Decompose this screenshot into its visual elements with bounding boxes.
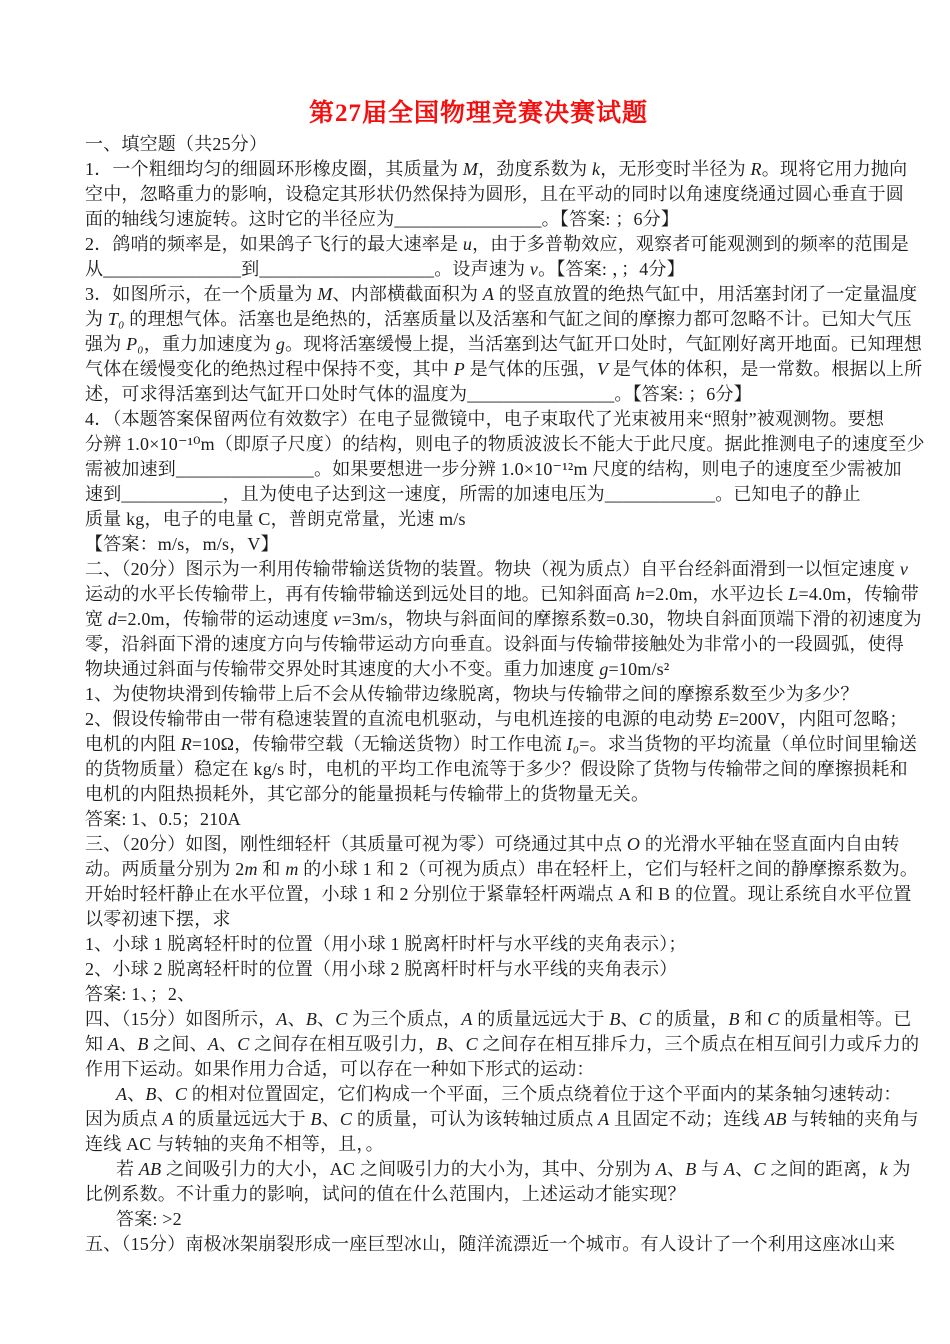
text-segment: 4．（本题答案保留两位有效数字）在电子显微镜中，电子束取代了光束被用来“照射”被… xyxy=(85,409,884,429)
text-segment: 。已知电子的静止 xyxy=(715,484,861,504)
variable-text: C xyxy=(340,1109,352,1129)
text-line: 2、假设传输带由一带有稳速装置的直流电机驱动，与电机连接的电源的电动势 E=20… xyxy=(85,707,872,732)
variable-text: k xyxy=(592,159,600,179)
text-segment: 、 xyxy=(322,1109,340,1129)
text-line: 动。两质量分别为 2m 和 m 的小球 1 和 2（可视为质点）串在轻杆上，它们… xyxy=(85,857,872,882)
text-segment: =3m/s，物块与斜面间的摩擦系数=0.30，物块自斜面顶端下滑的初速度为 xyxy=(341,609,921,629)
variable-text: A xyxy=(108,1034,119,1054)
text-segment: 五、（15分）南极冰架崩裂形成一座巨型冰山，随洋流漂近一个城市。有人设计了一个利… xyxy=(85,1234,895,1254)
variable-text: M xyxy=(317,284,332,304)
text-segment: 的质量，可认为该转轴过质点 xyxy=(352,1109,598,1129)
text-line: 质量 kg，电子的电量 C，普朗克常量，光速 m/s xyxy=(85,507,872,532)
text-segment: 电机的内阻 xyxy=(85,734,181,754)
variable-text: R xyxy=(181,734,192,754)
text-segment: =10Ω，传输带空载（无输送货物）时工作电流 xyxy=(192,734,567,754)
text-line: 连线 AC 与转轴的夹角不相等，且，。 xyxy=(85,1132,872,1157)
text-line: 答案: 1、；2、 xyxy=(85,982,872,1007)
text-line: 电机的内阻 R=10Ω，传输带空载（无输送货物）时工作电流 I₀=。求当货物的平… xyxy=(85,732,872,757)
text-segment: 之间存在相互吸引力， xyxy=(249,1034,436,1054)
text-segment: =4.0m，传输带 xyxy=(798,584,918,604)
variable-text: B xyxy=(728,1009,739,1029)
document-page: 第27届全国物理竞赛决赛试题 一、填空题（共25分）1．一个粗细均匀的细圆环形橡… xyxy=(0,0,950,1344)
variable-text: m xyxy=(285,859,298,879)
text-segment: 、 xyxy=(119,1034,137,1054)
text-segment: 的理想气体。活塞也是绝热的，活塞质量以及活塞和气缸之间的摩擦力都可忽略不计。已知… xyxy=(125,309,912,329)
text-segment: 的小球 1 和 2（可视为质点）串在轻杆上，它们与轻杆之间的静摩擦系数为。 xyxy=(299,859,919,879)
text-segment: 为 xyxy=(85,309,108,329)
variable-text: B xyxy=(609,1009,620,1029)
text-segment: _______________ xyxy=(176,459,314,479)
text-line: 1、为使物块滑到传输带上后不会从传输带边缘脱离，物块与传输带之间的摩擦系数至少为… xyxy=(85,682,872,707)
variable-text: g xyxy=(599,659,608,679)
text-segment: _______________ xyxy=(103,259,241,279)
text-line: 为 T₀ 的理想气体。活塞也是绝热的，活塞质量以及活塞和气缸之间的摩擦力都可忽略… xyxy=(85,307,872,332)
text-segment: ，由于多普勒效应，观察者可能观测到的频率的范围是 xyxy=(472,234,909,254)
text-line: 2、小球 2 脱离轻杆时的位置（用小球 2 脱离杆时杆与水平线的夹角表示） xyxy=(85,957,872,982)
text-segment: 是气体的压强， xyxy=(465,359,597,379)
variable-text: B xyxy=(685,1159,696,1179)
text-line: 零，沿斜面下滑的速度方向与传输带运动方向垂直。设斜面与传输带接触处为非常小的一段… xyxy=(85,632,872,657)
text-segment: 气体在缓慢变化的绝热过程中保持不变，其中 xyxy=(85,359,454,379)
text-segment: 之间的距离， xyxy=(766,1159,880,1179)
text-segment: ________________ xyxy=(394,209,541,229)
text-line: 答案: >2 xyxy=(85,1207,872,1232)
text-line: 的货物质量）稳定在 kg/s 时，电机的平均工作电流等于多少？假设除了货物与传输… xyxy=(85,757,872,782)
text-segment: 以零初速下摆，求 xyxy=(85,909,231,929)
text-segment: 、 xyxy=(317,1009,335,1029)
text-line: 宽 d=2.0m，传输带的运动速度 v=3m/s，物块与斜面间的摩擦系数=0.3… xyxy=(85,607,872,632)
text-line: 电机的内阻热损耗外，其它部分的能量损耗与传输带上的货物量无关。 xyxy=(85,782,872,807)
text-line: 4．（本题答案保留两位有效数字）在电子显微镜中，电子束取代了光束被用来“照射”被… xyxy=(85,407,872,432)
text-segment: 三、（20分）如图，刚性细轻杆（其质量可视为零）可绕通过其中点 xyxy=(85,834,627,854)
text-segment: 且固定不动；连线 xyxy=(609,1109,764,1129)
text-segment: 、 xyxy=(127,1084,145,1104)
variable-text: A xyxy=(656,1159,667,1179)
text-segment: 动。两质量分别为 2 xyxy=(85,859,245,879)
variable-text: h xyxy=(636,584,645,604)
text-segment: 宽 xyxy=(85,609,108,629)
text-segment: 【答案：m/s，m/s，V】 xyxy=(85,534,279,554)
text-segment: 、内部横截面积为 xyxy=(333,284,483,304)
text-segment: 的货物质量）稳定在 kg/s 时，电机的平均工作电流等于多少？假设除了货物与传输… xyxy=(85,759,908,779)
text-segment: ___________ xyxy=(121,484,222,504)
text-segment: ____________ xyxy=(605,484,715,504)
text-segment: 一、填空题（共25分） xyxy=(85,134,267,154)
text-segment: 的质量相等。已 xyxy=(780,1009,912,1029)
text-segment: 开始时轻杆静止在水平位置，小球 1 和 2 分别位于紧靠轻杆两端点 A 和 B … xyxy=(85,884,912,904)
text-segment: =200V，内阻可忽略； xyxy=(729,709,908,729)
text-segment: 2、小球 2 脱离轻杆时的位置（用小球 2 脱离杆时杆与水平线的夹角表示） xyxy=(85,959,677,979)
text-segment: 电机的内阻热损耗外，其它部分的能量损耗与传输带上的货物量无关。 xyxy=(85,784,649,804)
variable-text: C xyxy=(335,1009,347,1029)
variable-text: E xyxy=(718,709,729,729)
variable-text: v xyxy=(900,559,908,579)
variable-text: B xyxy=(145,1084,156,1104)
text-segment: 的竖直放置的绝热气缸中，用活塞封闭了一定量温度 xyxy=(494,284,917,304)
text-line: 三、（20分）如图，刚性细轻杆（其质量可视为零）可绕通过其中点 O 的光滑水平轴… xyxy=(85,832,872,857)
variable-text: C xyxy=(753,1159,765,1179)
text-segment: 。【答案: ；6分】 xyxy=(614,384,752,404)
text-segment: 、 xyxy=(667,1159,685,1179)
variable-text: AB xyxy=(764,1109,786,1129)
variable-text: B xyxy=(436,1034,447,1054)
text-segment: 。如果要想进一步分辨 1.0×10⁻¹²m 尺度的结构，则电子的速度至少需被加 xyxy=(314,459,902,479)
text-line: 需被加速到_______________。如果要想进一步分辨 1.0×10⁻¹²… xyxy=(85,457,872,482)
text-segment: 答案: >2 xyxy=(116,1209,182,1229)
text-segment: 与 xyxy=(696,1159,724,1179)
variable-text: A xyxy=(483,284,494,304)
variable-text: C xyxy=(466,1034,478,1054)
variable-text: C xyxy=(767,1009,779,1029)
text-segment: 、 xyxy=(447,1034,465,1054)
variable-text: A xyxy=(724,1159,735,1179)
text-segment: 分辨 1.0×10⁻¹⁰m（即原子尺度）的结构，则电子的物质波波长不能大于此尺度… xyxy=(85,434,925,454)
text-segment: 速到 xyxy=(85,484,121,504)
text-line: 物块通过斜面与传输带交界处时其速度的大小不变。重力加速度 g=10m/s² xyxy=(85,657,872,682)
text-segment: 连线 AC 与转轴的夹角不相等，且，。 xyxy=(85,1134,384,1154)
text-segment: 和 xyxy=(740,1009,768,1029)
variable-text: M xyxy=(463,159,478,179)
text-line: 3．如图所示，在一个质量为 M、内部横截面积为 A 的竖直放置的绝热气缸中，用活… xyxy=(85,282,872,307)
text-segment: 需被加速到 xyxy=(85,459,176,479)
text-segment: 2．鸽哨的频率是，如果鸽子飞行的最大速率是 xyxy=(85,234,463,254)
text-line: 比例系数。不计重力的影响，试问的值在什么范围内，上述运动才能实现？ xyxy=(85,1182,872,1207)
text-segment: 之间存在相互排斥力，三个质点在相互间引力或斥力的 xyxy=(478,1034,920,1054)
text-line: 因为质点 A 的质量远远大于 B、C 的质量，可认为该转轴过质点 A 且固定不动… xyxy=(85,1107,872,1132)
text-segment: ，且为使电子达到这一速度，所需的加速电压为 xyxy=(223,484,605,504)
text-segment: 3．如图所示，在一个质量为 xyxy=(85,284,317,304)
text-line: 运动的水平长传输带上，再有传输带输送到远处目的地。已知斜面高 h=2.0m，水平… xyxy=(85,582,872,607)
text-line: 速到___________，且为使电子达到这一速度，所需的加速电压为______… xyxy=(85,482,872,507)
text-segment: 。【答案: ，；4分】 xyxy=(538,259,685,279)
text-line: 气体在缓慢变化的绝热过程中保持不变，其中 P 是气体的压强，V 是气体的体积，是… xyxy=(85,357,872,382)
text-segment: 的质量远远大于 xyxy=(473,1009,610,1029)
text-line: 述，可求得活塞到达气缸开口处时气体的温度为________________。【答… xyxy=(85,382,872,407)
text-segment: 因为质点 xyxy=(85,1109,163,1129)
text-segment: 知 xyxy=(85,1034,108,1054)
text-segment: 述，可求得活塞到达气缸开口处时气体的温度为 xyxy=(85,384,467,404)
variable-text: B xyxy=(306,1009,317,1029)
text-line: 以零初速下摆，求 xyxy=(85,907,872,932)
text-segment: 答案: 1、0.5；210A xyxy=(85,809,241,829)
text-segment: 、 xyxy=(735,1159,753,1179)
text-segment: 若 xyxy=(116,1159,139,1179)
text-segment: =2.0m，传输带的运动速度 xyxy=(117,609,333,629)
text-segment: 答案: 1、；2、 xyxy=(85,984,195,1004)
text-segment: 四、（15分）如图所示， xyxy=(85,1009,276,1029)
variable-text: C xyxy=(237,1034,249,1054)
document-body: 一、填空题（共25分）1．一个粗细均匀的细圆环形橡皮圈，其质量为 M，劲度系数为… xyxy=(85,132,872,1257)
text-line: 分辨 1.0×10⁻¹⁰m（即原子尺度）的结构，则电子的物质波波长不能大于此尺度… xyxy=(85,432,872,457)
text-segment: 。【答案: ；6分】 xyxy=(542,209,680,229)
text-line: 1．一个粗细均匀的细圆环形橡皮圈，其质量为 M，劲度系数为 k，无形变时半径为 … xyxy=(85,157,872,182)
text-line: 【答案：m/s，m/s，V】 xyxy=(85,532,872,557)
variable-text: A xyxy=(461,1009,472,1029)
text-segment: 质量 kg，电子的电量 C，普朗克常量，光速 m/s xyxy=(85,509,466,529)
text-segment: 是气体的体积，是一常数。根据以上所 xyxy=(608,359,922,379)
text-segment: 的相对位置固定，它们构成一个平面，三个质点绕着位于这个平面内的某条轴匀速转动： xyxy=(187,1084,902,1104)
text-segment: 二、（20分）图示为一利用传输带输送货物的装置。物块（视为质点）自平台经斜面滑到… xyxy=(85,559,900,579)
text-segment: 物块通过斜面与传输带交界处时其速度的大小不变。重力加速度 xyxy=(85,659,599,679)
text-segment: ，无形变时半径为 xyxy=(600,159,750,179)
text-line: 答案: 1、0.5；210A xyxy=(85,807,872,832)
variable-text: A xyxy=(208,1034,219,1054)
text-segment: 为三个质点， xyxy=(347,1009,461,1029)
text-segment: 强为 xyxy=(85,334,126,354)
text-segment: 、 xyxy=(219,1034,237,1054)
text-segment: ，劲度系数为 xyxy=(478,159,592,179)
text-line: A、B、C 的相对位置固定，它们构成一个平面，三个质点绕着位于这个平面内的某条轴… xyxy=(85,1082,872,1107)
text-segment: ________________ xyxy=(467,384,614,404)
text-segment: 1．一个粗细均匀的细圆环形橡皮圈，其质量为 xyxy=(85,159,463,179)
variable-text: T₀ xyxy=(108,309,125,329)
text-line: 五、（15分）南极冰架崩裂形成一座巨型冰山，随洋流漂近一个城市。有人设计了一个利… xyxy=(85,1232,872,1257)
text-line: 若 AB 之间吸引力的大小，AC 之间吸引力的大小为，其中、分别为 A、B 与 … xyxy=(85,1157,872,1182)
variable-text: d xyxy=(108,609,117,629)
text-segment: =。求当货物的平均流量（单位时间里输送 xyxy=(579,734,917,754)
variable-text: v xyxy=(530,259,538,279)
text-segment: 、 xyxy=(621,1009,639,1029)
text-line: 从_______________到___________________。设声速… xyxy=(85,257,872,282)
variable-text: B xyxy=(137,1034,148,1054)
variable-text: P xyxy=(454,359,465,379)
variable-text: R xyxy=(751,159,762,179)
text-segment: 1、为使物块滑到传输带上后不会从传输带边缘脱离，物块与传输带之间的摩擦系数至少为… xyxy=(85,684,859,704)
text-segment: 从 xyxy=(85,259,103,279)
text-segment: 运动的水平长传输带上，再有传输带输送到远处目的地。已知斜面高 xyxy=(85,584,636,604)
variable-text: A xyxy=(116,1084,127,1104)
text-line: 面的轴线匀速旋转。这时它的半径应为________________。【答案: ；… xyxy=(85,207,872,232)
variable-text: C xyxy=(639,1009,651,1029)
variable-text: k xyxy=(880,1159,888,1179)
variable-text: V xyxy=(597,359,608,379)
text-segment: 和 xyxy=(258,859,286,879)
text-segment: 的质量远远大于 xyxy=(174,1109,311,1129)
text-segment: 的质量， xyxy=(651,1009,729,1029)
variable-text: A xyxy=(276,1009,287,1029)
text-segment: 。现将活塞缓慢上提，当活塞到达气缸开口处时，气缸刚好离开地面。已知理想 xyxy=(285,334,922,354)
text-segment: 、 xyxy=(288,1009,306,1029)
text-segment: 之间、 xyxy=(149,1034,208,1054)
text-segment: 。设声速为 xyxy=(434,259,530,279)
text-line: 开始时轻杆静止在水平位置，小球 1 和 2 分别位于紧靠轻杆两端点 A 和 B … xyxy=(85,882,872,907)
variable-text: I₀ xyxy=(567,734,580,754)
text-segment: 的光滑水平轴在竖直面内自由转 xyxy=(640,834,900,854)
text-segment: ，重力加速度为 xyxy=(144,334,276,354)
variable-text: L xyxy=(788,584,798,604)
text-segment: =10m/s² xyxy=(609,659,670,679)
text-line: 强为 P₀，重力加速度为 g。现将活塞缓慢上提，当活塞到达气缸开口处时，气缸刚好… xyxy=(85,332,872,357)
text-segment: 空中，忽略重力的影响，设稳定其形状仍然保持为圆形，且在平动的同时以角速度绕通过圆… xyxy=(85,184,904,204)
variable-text: C xyxy=(175,1084,187,1104)
text-segment: 1、小球 1 脱离轻杆时的位置（用小球 1 脱离杆时杆与水平线的夹角表示）； xyxy=(85,934,687,954)
text-line: 一、填空题（共25分） xyxy=(85,132,872,157)
text-line: 知 A、B 之间、A、C 之间存在相互吸引力，B、C 之间存在相互排斥力，三个质… xyxy=(85,1032,872,1057)
text-segment: 与转轴的夹角与 xyxy=(787,1109,919,1129)
text-line: 1、小球 1 脱离轻杆时的位置（用小球 1 脱离杆时杆与水平线的夹角表示）； xyxy=(85,932,872,957)
text-segment: ___________________ xyxy=(259,259,434,279)
page-title: 第27届全国物理竞赛决赛试题 xyxy=(85,99,872,128)
text-line: 2．鸽哨的频率是，如果鸽子飞行的最大速率是 u，由于多普勒效应，观察者可能观测到… xyxy=(85,232,872,257)
variable-text: A xyxy=(598,1109,609,1129)
variable-text: A xyxy=(163,1109,174,1129)
text-line: 空中，忽略重力的影响，设稳定其形状仍然保持为圆形，且在平动的同时以角速度绕通过圆… xyxy=(85,182,872,207)
variable-text: O xyxy=(627,834,640,854)
text-segment: 零，沿斜面下滑的速度方向与传输带运动方向垂直。设斜面与传输带接触处为非常小的一段… xyxy=(85,634,904,654)
text-segment: 之间吸引力的大小，AC 之间吸引力的大小为，其中、分别为 xyxy=(161,1159,656,1179)
text-segment: 到 xyxy=(241,259,259,279)
variable-text: P₀ xyxy=(126,334,144,354)
variable-text: g xyxy=(276,334,285,354)
text-segment: 面的轴线匀速旋转。这时它的半径应为 xyxy=(85,209,394,229)
text-line: 二、（20分）图示为一利用传输带输送货物的装置。物块（视为质点）自平台经斜面滑到… xyxy=(85,557,872,582)
variable-text: m xyxy=(245,859,258,879)
variable-text: B xyxy=(311,1109,322,1129)
variable-text: AB xyxy=(139,1159,161,1179)
text-segment: 比例系数。不计重力的影响，试问的值在什么范围内，上述运动才能实现？ xyxy=(85,1184,686,1204)
text-segment: 为 xyxy=(888,1159,911,1179)
text-line: 四、（15分）如图所示，A、B、C 为三个质点，A 的质量远远大于 B、C 的质… xyxy=(85,1007,872,1032)
variable-text: u xyxy=(463,234,472,254)
text-line: 作用下运动。如果作用力合适，可以存在一种如下形式的运动： xyxy=(85,1057,872,1082)
text-segment: 、 xyxy=(157,1084,175,1104)
text-segment: 。现将它用力抛向 xyxy=(762,159,908,179)
text-segment: =2.0m，水平边长 xyxy=(645,584,788,604)
text-segment: 2、假设传输带由一带有稳速装置的直流电机驱动，与电机连接的电源的电动势 xyxy=(85,709,718,729)
text-segment: 作用下运动。如果作用力合适，可以存在一种如下形式的运动： xyxy=(85,1059,595,1079)
